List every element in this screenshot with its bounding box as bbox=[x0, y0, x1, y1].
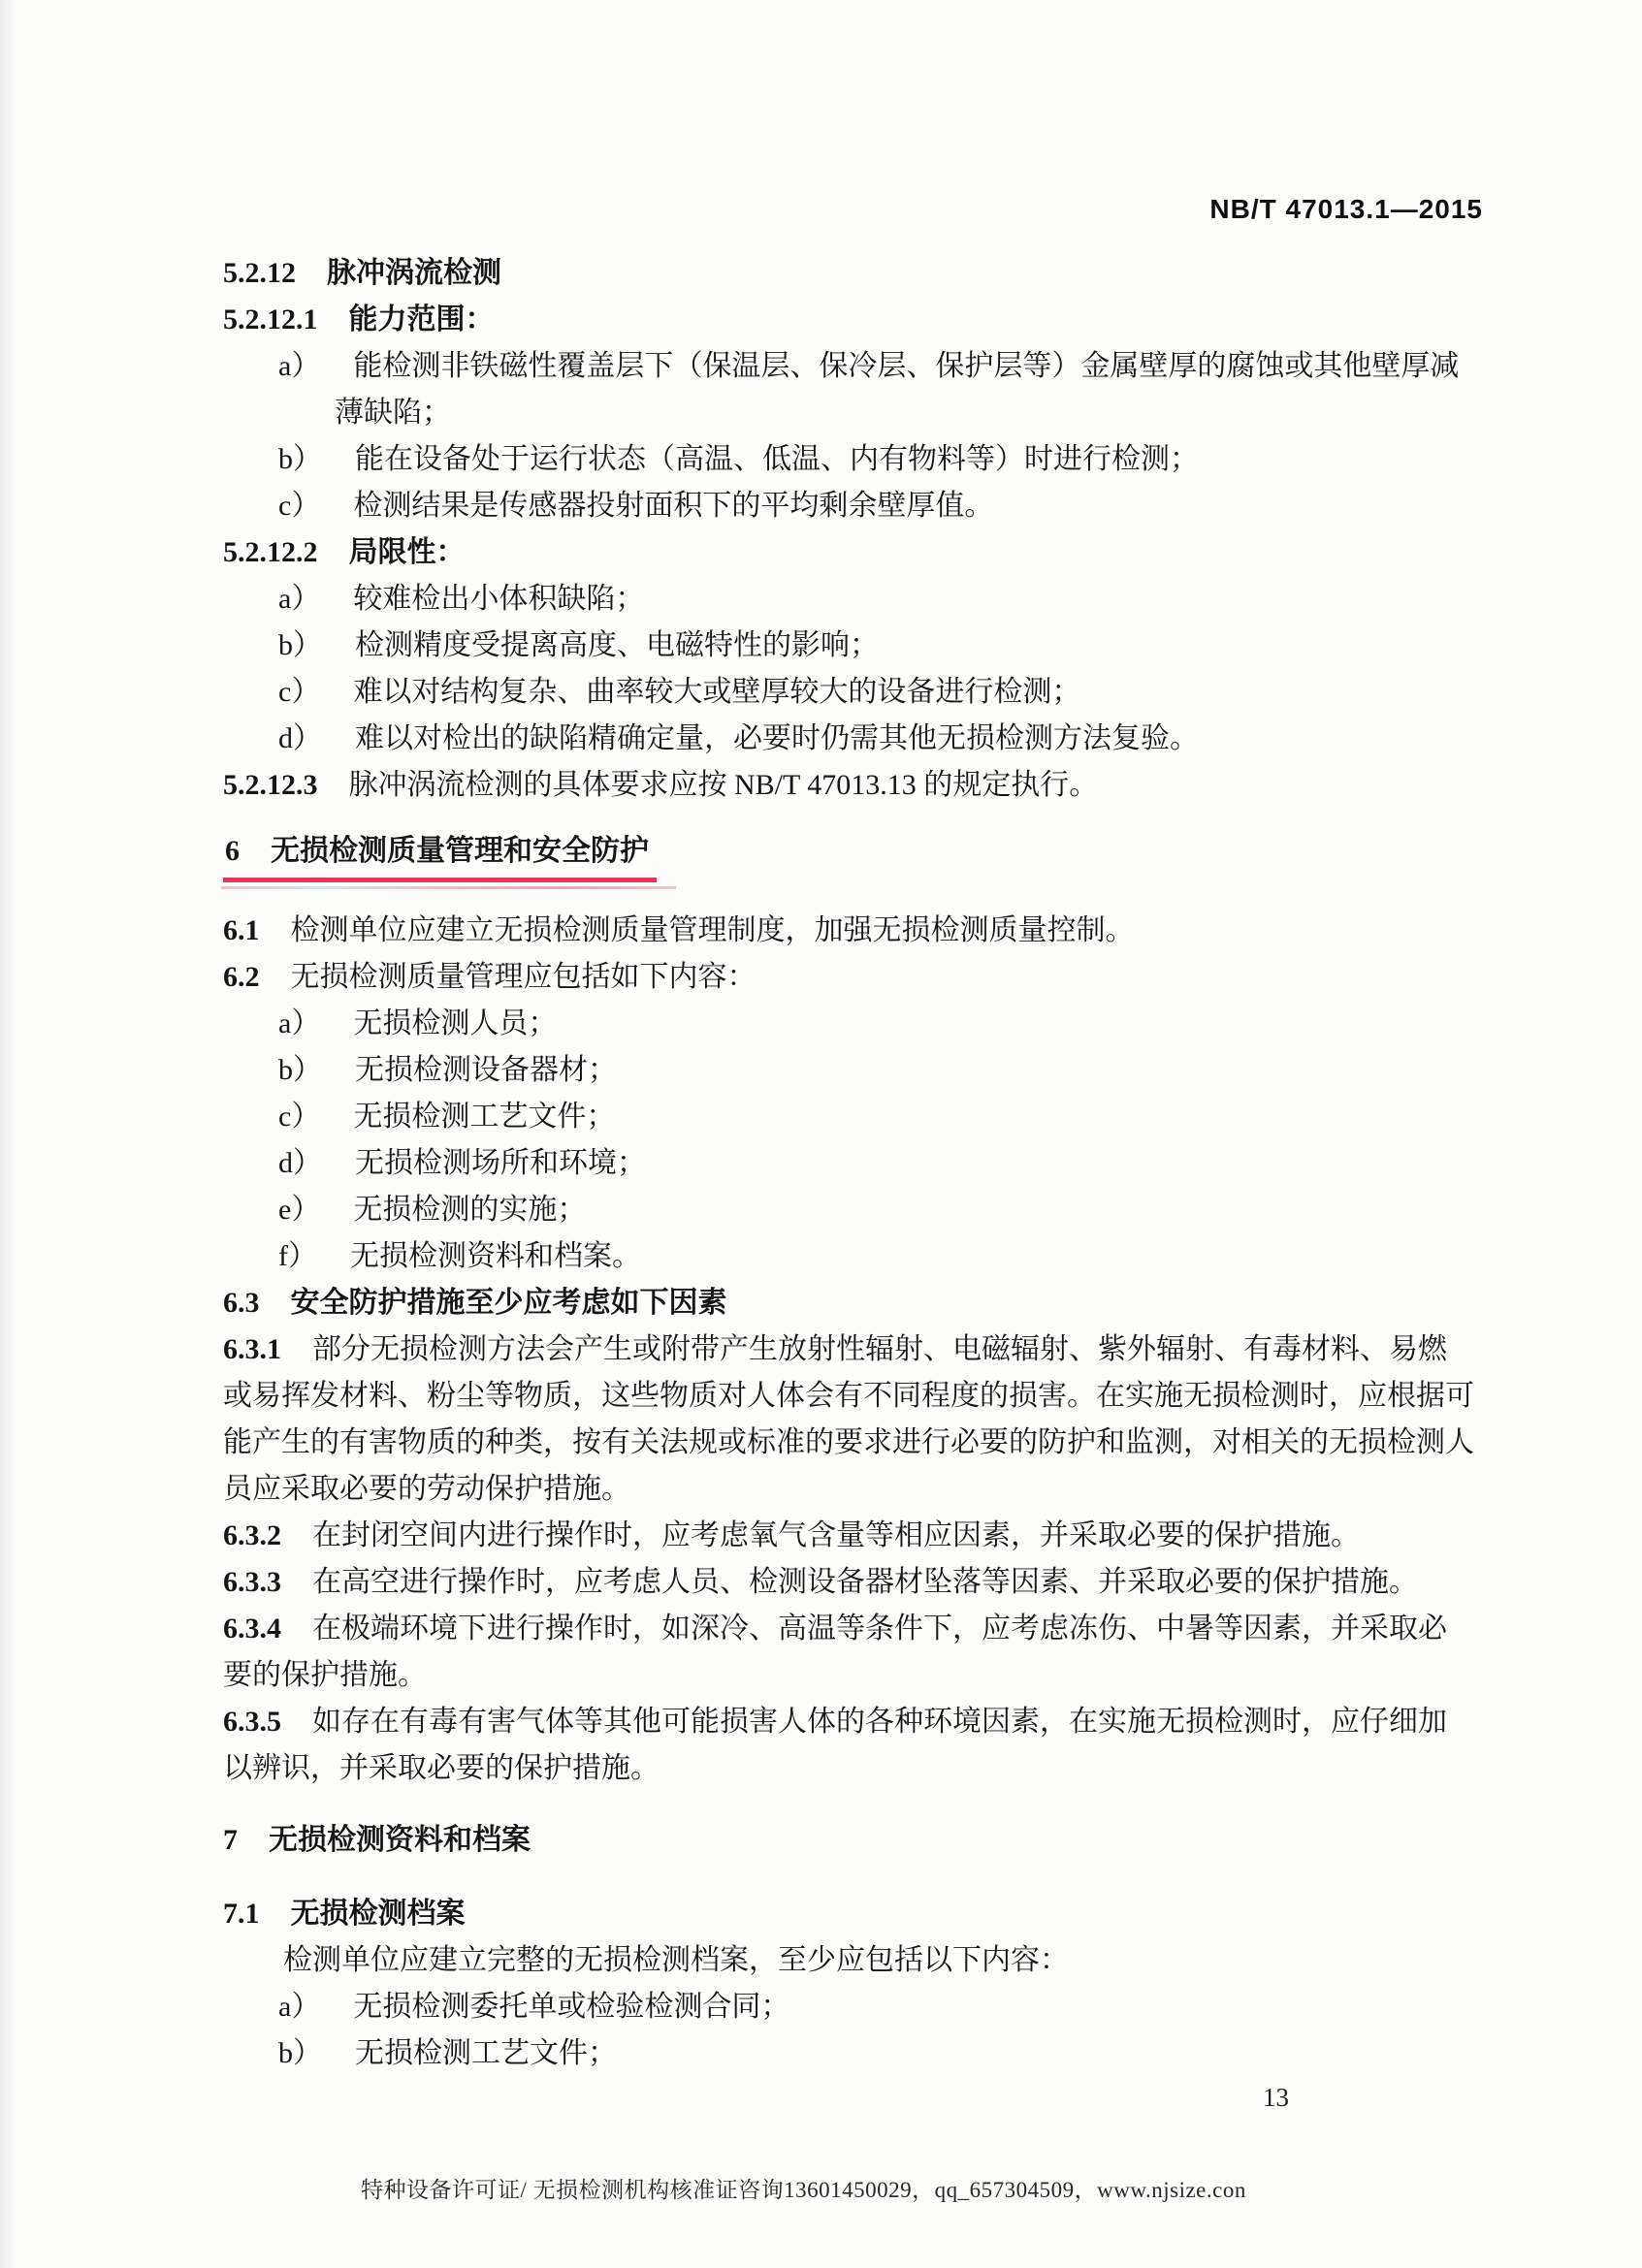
line-text: 要的保护措施。 bbox=[223, 1659, 427, 1691]
list-item: a）无损检测委托单或检验检测合同； bbox=[223, 1984, 1503, 2030]
clause-number: 6.3.3 bbox=[223, 1566, 281, 1598]
line-text: 难以对结构复杂、曲率较大或壁厚较大的设备进行检测； bbox=[353, 676, 1080, 708]
page-number: 13 bbox=[1263, 2083, 1289, 2113]
scan-edge-shading bbox=[0, 0, 16, 2268]
line-text: 无损检测场所和环境； bbox=[355, 1147, 646, 1179]
clause-number: 6 bbox=[225, 835, 240, 867]
list-item: e）无损检测的实施； bbox=[223, 1187, 1503, 1233]
list-item: b）能在设备处于运行状态（高温、低温、内有物料等）时进行检测； bbox=[223, 436, 1503, 483]
line-text: 脉冲涡流检测的具体要求应按 NB/T 47013.13 的规定执行。 bbox=[349, 769, 1099, 801]
line-text: 部分无损检测方法会产生或附带产生放射性辐射、电磁辐射、紫外辐射、有毒材料、易燃 bbox=[312, 1333, 1447, 1365]
clause-line: 6.3.5如存在有毒有害气体等其他可能损害人体的各种环境因素，在实施无损检测时，… bbox=[223, 1699, 1503, 1745]
line-text: 能产生的有害物质的种类，按有关法规或标准的要求进行必要的防护和监测，对相关的无损… bbox=[223, 1426, 1474, 1458]
list-item: b）无损检测设备器材； bbox=[223, 1047, 1503, 1094]
list-item: b）无损检测工艺文件； bbox=[223, 2030, 1503, 2077]
list-item-label: b） bbox=[278, 2037, 322, 2069]
list-item-label: c） bbox=[278, 490, 320, 522]
list-item-label: a） bbox=[278, 1991, 320, 2023]
line-text: 检测结果是传感器投射面积下的平均剩余壁厚值。 bbox=[353, 490, 993, 522]
continuation-line: 薄缺陷； bbox=[223, 390, 1503, 436]
line-text: 无损检测资料和档案。 bbox=[350, 1240, 641, 1272]
list-item-label: f） bbox=[278, 1240, 317, 1272]
line-text: 能力范围： bbox=[349, 303, 495, 335]
clause-line: 6.3.2在封闭空间内进行操作时，应考虑氧气含量等相应因素，并采取必要的保护措施… bbox=[223, 1513, 1503, 1559]
document-body: 5.2.12脉冲涡流检测5.2.12.1能力范围：a）能检测非铁磁性覆盖层下（保… bbox=[223, 250, 1503, 2077]
clause-line: 5.2.12.2局限性： bbox=[223, 529, 1503, 576]
line-text: 无损检测资料和档案 bbox=[269, 1824, 531, 1856]
list-item-label: a） bbox=[278, 1007, 320, 1039]
clause-number: 5.2.12.1 bbox=[223, 303, 318, 335]
line-text: 难以对检出的缺陷精确定量，必要时仍需其他无损检测方法复验。 bbox=[355, 722, 1199, 754]
clause-line: 7.1无损检测档案 bbox=[223, 1891, 1503, 1937]
line-text: 无损检测工艺文件； bbox=[355, 2037, 617, 2069]
line-text: 能检测非铁磁性覆盖层下（保温层、保冷层、保护层等）金属壁厚的腐蚀或其他壁厚减 bbox=[353, 350, 1459, 382]
clause-line: 5.2.12.3脉冲涡流检测的具体要求应按 NB/T 47013.13 的规定执… bbox=[223, 762, 1503, 809]
clause-line: 6.3.4在极端环境下进行操作时，如深冷、高温等条件下，应考虑冻伤、中暑等因素，… bbox=[223, 1606, 1503, 1652]
list-item: c）检测结果是传感器投射面积下的平均剩余壁厚值。 bbox=[223, 483, 1503, 529]
list-item-label: d） bbox=[278, 1147, 322, 1179]
line-text: 无损检测人员； bbox=[353, 1007, 557, 1039]
line-text: 或易挥发材料、粉尘等物质，这些物质对人体会有不同程度的损害。在实施无损检测时，应… bbox=[223, 1380, 1474, 1412]
clause-line: 6.3.3在高空进行操作时，应考虑人员、检测设备器材坠落等因素、并采取必要的保护… bbox=[223, 1559, 1503, 1606]
clause-number: 6.3.2 bbox=[223, 1519, 281, 1551]
line-text: 如存在有毒有害气体等其他可能损害人体的各种环境因素，在实施无损检测时，应仔细加 bbox=[312, 1706, 1447, 1738]
line-text: 在极端环境下进行操作时，如深冷、高温等条件下，应考虑冻伤、中暑等因素，并采取必 bbox=[312, 1613, 1447, 1645]
scanned-standard-page: { "page": { "header_ref": "NB/T 47013.1—… bbox=[0, 0, 1642, 2268]
clause-number: 6.3.1 bbox=[223, 1333, 281, 1365]
line-text: 检测单位应建立无损检测质量管理制度，加强无损检测质量控制。 bbox=[291, 914, 1135, 946]
list-item: d）难以对检出的缺陷精确定量，必要时仍需其他无损检测方法复验。 bbox=[223, 716, 1503, 762]
footer-watermark: 特种设备许可证/ 无损检测机构核准证咨询13601450029，qq_65730… bbox=[361, 2172, 1246, 2204]
clause-line: 6.3安全防护措施至少应考虑如下因素 bbox=[223, 1280, 1503, 1326]
line-text: 薄缺陷； bbox=[335, 397, 451, 429]
list-item-label: c） bbox=[278, 676, 320, 708]
line-text: 在封闭空间内进行操作时，应考虑氧气含量等相应因素，并采取必要的保护措施。 bbox=[312, 1519, 1360, 1551]
list-item-label: d） bbox=[278, 722, 322, 754]
line-text: 无损检测设备器材； bbox=[355, 1054, 617, 1086]
chapter-heading: 6无损检测质量管理和安全防护 bbox=[223, 828, 1503, 882]
list-item: a）能检测非铁磁性覆盖层下（保温层、保冷层、保护层等）金属壁厚的腐蚀或其他壁厚减 bbox=[223, 343, 1503, 390]
clause-number: 6.3 bbox=[223, 1287, 260, 1319]
line-text: 员应采取必要的劳动保护措施。 bbox=[223, 1473, 630, 1505]
clause-number: 6.3.5 bbox=[223, 1706, 281, 1738]
list-item-label: b） bbox=[278, 629, 322, 661]
list-item-label: c） bbox=[278, 1101, 320, 1133]
clause-line: 6.2无损检测质量管理应包括如下内容： bbox=[223, 954, 1503, 1001]
standard-number-header: NB/T 47013.1—2015 bbox=[1209, 194, 1483, 225]
clause-number: 6.1 bbox=[223, 914, 260, 946]
list-item: a）无损检测人员； bbox=[223, 1001, 1503, 1047]
list-item: f）无损检测资料和档案。 bbox=[223, 1233, 1503, 1280]
line-text: 无损检测的实施； bbox=[353, 1194, 586, 1226]
list-item: a）较难检出小体积缺陷； bbox=[223, 576, 1503, 623]
list-item-label: e） bbox=[278, 1194, 320, 1226]
list-item: c）难以对结构复杂、曲率较大或壁厚较大的设备进行检测； bbox=[223, 669, 1503, 716]
chapter-heading: 7无损检测资料和档案 bbox=[223, 1817, 1503, 1864]
line-text: 能在设备处于运行状态（高温、低温、内有物料等）时进行检测； bbox=[355, 443, 1199, 475]
line-text: 无损检测档案 bbox=[291, 1898, 466, 1930]
line-text: 无损检测工艺文件； bbox=[353, 1101, 615, 1133]
list-item-label: b） bbox=[278, 443, 322, 475]
line-text: 以辨识，并采取必要的保护措施。 bbox=[223, 1752, 660, 1784]
list-item-label: a） bbox=[278, 350, 320, 382]
continuation-line: 要的保护措施。 bbox=[223, 1652, 1503, 1699]
red-underline-annotation: 6无损检测质量管理和安全防护 bbox=[223, 828, 657, 882]
clause-number: 6.3.4 bbox=[223, 1613, 281, 1645]
line-text: 局限性： bbox=[349, 536, 466, 568]
list-item: d）无损检测场所和环境； bbox=[223, 1140, 1503, 1187]
clause-number: 5.2.12.3 bbox=[223, 769, 318, 801]
line-text: 较难检出小体积缺陷； bbox=[353, 583, 644, 615]
line-text: 检测单位应建立完整的无损检测档案，至少应包括以下内容： bbox=[283, 1944, 1069, 1976]
list-item-label: b） bbox=[278, 1054, 322, 1086]
line-text: 在高空进行操作时，应考虑人员、检测设备器材坠落等因素、并采取必要的保护措施。 bbox=[312, 1566, 1418, 1598]
clause-line: 5.2.12脉冲涡流检测 bbox=[223, 250, 1503, 297]
clause-number: 6.2 bbox=[223, 961, 260, 993]
paragraph-line: 检测单位应建立完整的无损检测档案，至少应包括以下内容： bbox=[223, 1937, 1503, 1984]
list-item-label: a） bbox=[278, 583, 320, 615]
clause-number: 7.1 bbox=[223, 1898, 260, 1930]
continuation-line: 能产生的有害物质的种类，按有关法规或标准的要求进行必要的防护和监测，对相关的无损… bbox=[223, 1420, 1503, 1466]
list-item: c）无损检测工艺文件； bbox=[223, 1094, 1503, 1140]
clause-number: 5.2.12 bbox=[223, 257, 296, 289]
line-text: 脉冲涡流检测 bbox=[327, 257, 501, 289]
continuation-line: 或易挥发材料、粉尘等物质，这些物质对人体会有不同程度的损害。在实施无损检测时，应… bbox=[223, 1373, 1503, 1420]
clause-number: 5.2.12.2 bbox=[223, 536, 318, 568]
line-text: 无损检测质量管理应包括如下内容： bbox=[291, 961, 757, 993]
list-item: b）检测精度受提离高度、电磁特性的影响； bbox=[223, 623, 1503, 669]
continuation-line: 员应采取必要的劳动保护措施。 bbox=[223, 1466, 1503, 1513]
clause-line: 6.1检测单位应建立无损检测质量管理制度，加强无损检测质量控制。 bbox=[223, 908, 1503, 954]
clause-line: 5.2.12.1能力范围： bbox=[223, 297, 1503, 343]
line-text: 无损检测质量管理和安全防护 bbox=[271, 835, 649, 867]
line-text: 检测精度受提离高度、电磁特性的影响； bbox=[355, 629, 879, 661]
line-text: 无损检测委托单或检验检测合同； bbox=[353, 1991, 789, 2023]
clause-number: 7 bbox=[223, 1824, 238, 1856]
clause-line: 6.3.1部分无损检测方法会产生或附带产生放射性辐射、电磁辐射、紫外辐射、有毒材… bbox=[223, 1326, 1503, 1373]
line-text: 安全防护措施至少应考虑如下因素 bbox=[291, 1287, 727, 1319]
continuation-line: 以辨识，并采取必要的保护措施。 bbox=[223, 1745, 1503, 1792]
